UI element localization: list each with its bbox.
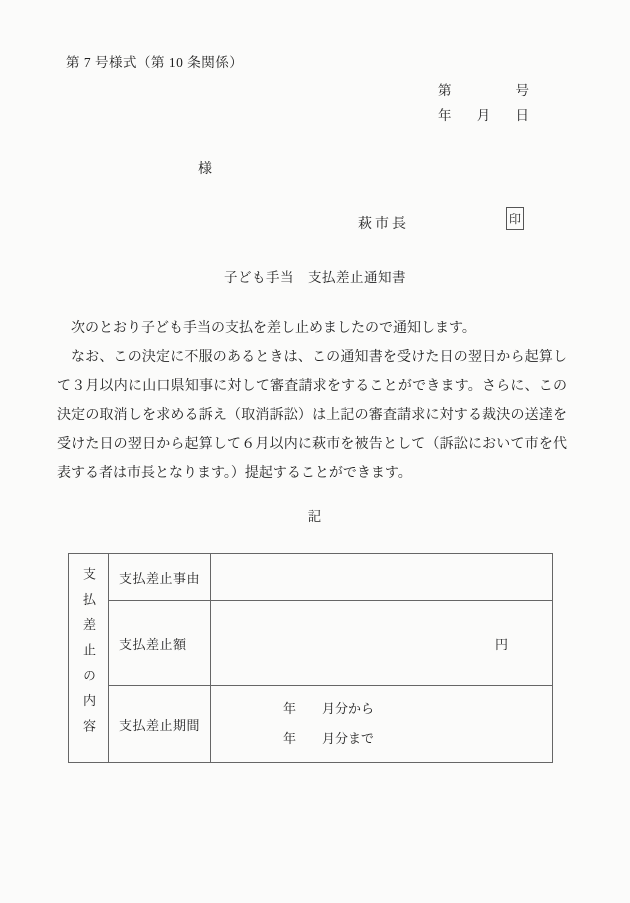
table-row-period: 支払差止期間 年 月分から 年 月分まで xyxy=(69,686,553,763)
period-to-line: 年 月分まで xyxy=(283,724,551,754)
doc-number-suffix: 号 xyxy=(516,79,530,99)
seal-placeholder-box: 印 xyxy=(506,207,524,230)
table-row-reason: 支払差止の内容 支払差止事由 xyxy=(69,554,553,601)
document-number-line: 第 号 xyxy=(438,79,529,99)
yen-unit-label: 円 xyxy=(495,637,508,652)
period-value-cell: 年 月分から 年 月分まで xyxy=(211,686,553,763)
form-number-note: 第 7 号様式（第 10 条関係） xyxy=(66,51,243,71)
document-page: 第 7 号様式（第 10 条関係） 第 号 年 月 日 様 萩市長 印 子ども手… xyxy=(0,0,630,903)
amount-value-cell: 円 xyxy=(211,601,553,686)
record-heading: 記 xyxy=(0,505,630,525)
row-label-amount: 支払差止額 xyxy=(109,601,211,686)
table-row-amount: 支払差止額 円 xyxy=(69,601,553,686)
row-label-period: 支払差止期間 xyxy=(109,686,211,763)
date-line: 年 月 日 xyxy=(438,104,529,124)
issuer-name: 萩市長 xyxy=(358,213,409,233)
body-text: 次のとおり子ども手当の支払を差し止めましたので通知します。 なお、この決定に不服… xyxy=(57,314,567,488)
reason-value-cell xyxy=(211,554,553,601)
paragraph-appeal-info: なお、この決定に不服のあるときは、この通知書を受けた日の翌日から起算して３月以内… xyxy=(57,343,567,488)
doc-number-prefix: 第 xyxy=(438,79,452,99)
date-year-label: 年 xyxy=(438,104,452,124)
addressee-honorific: 様 xyxy=(198,158,212,178)
paragraph-notice: 次のとおり子ども手当の支払を差し止めましたので通知します。 xyxy=(57,314,567,343)
date-day-label: 日 xyxy=(516,104,530,124)
group-label-cell: 支払差止の内容 xyxy=(69,554,109,763)
row-label-reason: 支払差止事由 xyxy=(109,554,211,601)
date-month-label: 月 xyxy=(477,104,491,124)
period-from-line: 年 月分から xyxy=(283,694,551,724)
group-label-vertical: 支払差止の内容 xyxy=(79,567,98,744)
document-title: 子ども手当 支払差止通知書 xyxy=(0,266,630,286)
suspension-details-table: 支払差止の内容 支払差止事由 支払差止額 円 支払差止期間 年 月分から 年 月… xyxy=(68,553,553,763)
